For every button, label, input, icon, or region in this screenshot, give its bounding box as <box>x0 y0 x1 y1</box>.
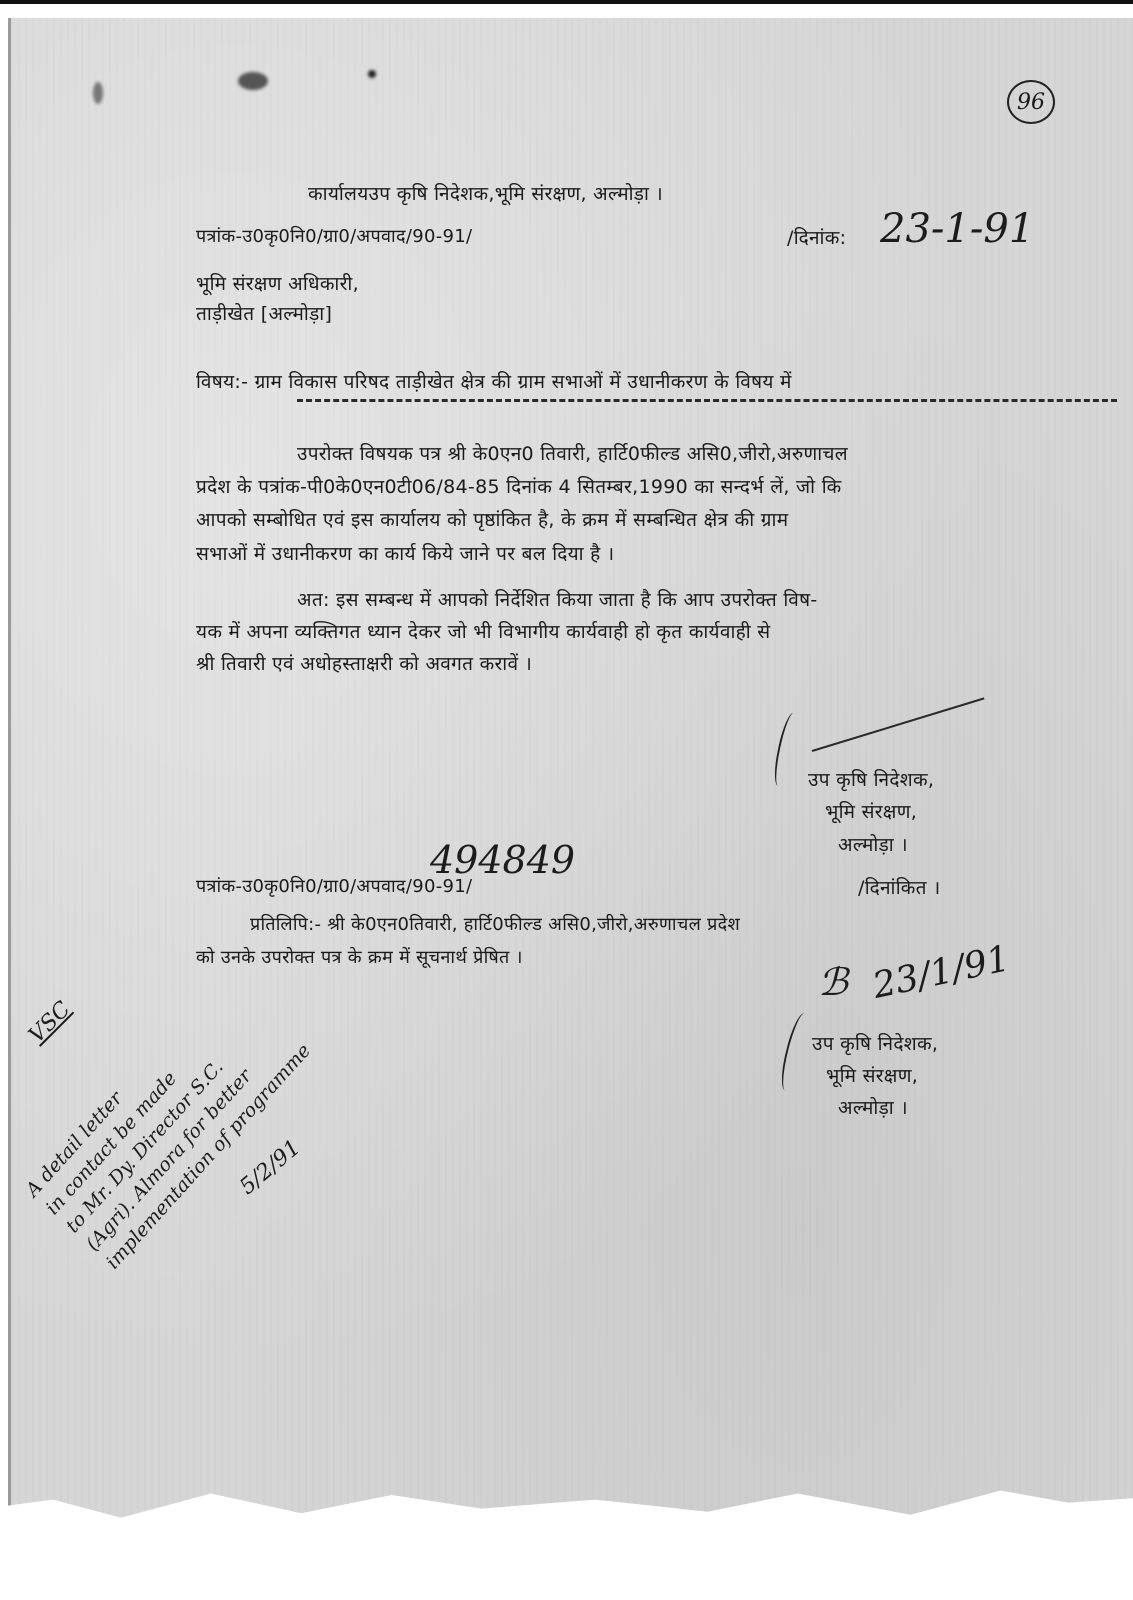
body-line: उपरोक्त विषयक पत्र श्री के0एन0 तिवारी, ह… <box>297 440 848 466</box>
page-number: 96 <box>1017 90 1045 115</box>
recipient-line-1: भूमि संरक्षण अधिकारी, <box>196 270 359 296</box>
dated-label: /दिनांकित । <box>858 874 941 900</box>
body-line: सभाओं में उधानीकरण का कार्य किये जाने पर… <box>196 540 614 566</box>
scan-top-border <box>0 0 1133 4</box>
copy-to-line-2: को उनके उपरोक्त पत्र के क्रम में सूचनार्… <box>196 945 523 969</box>
signatory-title: उप कृषि निदेशक, <box>812 1030 938 1056</box>
copy-to-line-1: प्रतिलिपि:- श्री के0एन0तिवारी, हार्टि0फी… <box>250 912 740 936</box>
signatory-place: अल्मोड़ा । <box>838 831 908 857</box>
ink-dot <box>368 70 376 78</box>
ink-smudge <box>93 82 103 104</box>
body-line: यक में अपना व्यक्तिगत ध्यान देकर जो भी व… <box>196 618 770 644</box>
signatory-dept: भूमि संरक्षण, <box>825 798 917 824</box>
office-header: कार्यालयउप कृषि निदेशक,भूमि संरक्षण, अल्… <box>308 180 663 206</box>
subject-line: विषय:- ग्राम विकास परिषद ताड़ीखेत क्षेत्… <box>196 368 792 394</box>
handwritten-date: 23-1-91 <box>880 206 1034 252</box>
date-label: /दिनांक: <box>787 224 846 250</box>
reference-number: पत्रांक-उ0कृ0नि0/ग्रा0/अपवाद/90-91/ <box>196 224 472 248</box>
body-line: श्री तिवारी एवं अधोहस्ताक्षरी को अवगत कर… <box>196 650 532 676</box>
subject-underline <box>297 399 1117 402</box>
signatory-dept: भूमि संरक्षण, <box>826 1062 918 1088</box>
body-line: अत: इस सम्बन्ध में आपको निर्देशित किया ज… <box>297 586 818 612</box>
signatory-place: अल्मोड़ा । <box>838 1094 908 1120</box>
signatory-title: उप कृषि निदेशक, <box>808 766 934 792</box>
handwritten-dispatch-number: 494849 <box>430 838 575 882</box>
signature-scribble: ℬ <box>818 960 848 1004</box>
body-line: आपको सम्बोधित एवं इस कार्यालय को पृष्ठां… <box>196 506 788 532</box>
page-number-circled: 96 <box>1007 80 1055 124</box>
ink-smudge <box>238 72 268 90</box>
recipient-line-2: ताड़ीखेत [अल्मोड़ा] <box>196 300 332 326</box>
body-line: प्रदेश के पत्रांक-पी0के0एन0टी06/84-85 दि… <box>196 473 842 499</box>
